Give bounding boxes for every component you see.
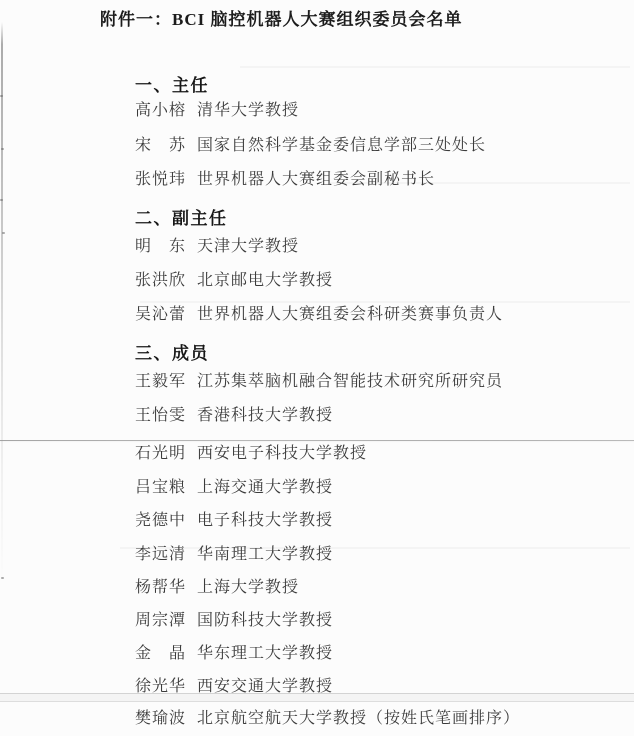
scan-edge-artifact [1, 22, 3, 582]
member-name: 王怡雯 [135, 406, 187, 426]
member-row: 吕宝粮 上海交通大学教授 [135, 478, 333, 498]
scan-speck [2, 232, 5, 234]
member-row: 吴沁蕾 世界机器人大赛组委会科研类赛事负责人 [135, 305, 503, 325]
member-row: 尧德中 电子科技大学教授 [135, 511, 333, 531]
member-name: 樊瑜波 [135, 709, 187, 729]
member-name: 杨帮华 [135, 578, 187, 598]
member-title: 北京航空航天大学教授（按姓氏笔画排序） [197, 709, 520, 729]
member-title: 华东理工大学教授 [197, 644, 333, 664]
member-name: 王毅军 [135, 372, 187, 392]
member-row: 周宗潭 国防科技大学教授 [135, 611, 333, 631]
member-title: 国家自然科学基金委信息学部三处处长 [197, 136, 486, 156]
member-title: 上海大学教授 [197, 578, 299, 598]
member-title: 国防科技大学教授 [197, 611, 333, 631]
scan-streak [120, 547, 630, 549]
scan-line-artifact [0, 440, 634, 441]
member-row: 王毅军 江苏集萃脑机融合智能技术研究所研究员 [135, 372, 503, 392]
section-heading-deputy-director: 二、副主任 [135, 204, 228, 229]
member-row: 明 东 天津大学教授 [135, 237, 299, 257]
scan-streak [240, 66, 630, 68]
member-row: 宋 苏 国家自然科学基金委信息学部三处处长 [135, 136, 486, 156]
scan-streak [140, 301, 630, 303]
member-title: 西安电子科技大学教授 [197, 444, 367, 464]
member-name: 宋 苏 [135, 136, 187, 156]
scan-streak [330, 182, 630, 184]
member-name: 高小榕 [135, 101, 187, 121]
section-heading-members: 三、成员 [135, 339, 209, 364]
scan-speck [0, 199, 3, 201]
member-title: 清华大学教授 [197, 101, 299, 121]
member-row: 金 晶 华东理工大学教授 [135, 644, 333, 664]
member-name: 明 东 [135, 237, 187, 257]
member-row: 王怡雯 香港科技大学教授 [135, 406, 333, 426]
document-title: 附件一：BCI 脑控机器人大赛组织委员会名单 [100, 5, 462, 30]
scan-band-artifact [0, 693, 634, 702]
member-name: 金 晶 [135, 644, 187, 664]
member-name: 石光明 [135, 444, 187, 464]
member-title: 电子科技大学教授 [197, 511, 333, 531]
member-name: 吴沁蕾 [135, 305, 187, 325]
member-title: 北京邮电大学教授 [197, 271, 333, 291]
member-title: 江苏集萃脑机融合智能技术研究所研究员 [197, 372, 503, 392]
member-row: 张洪欣 北京邮电大学教授 [135, 271, 333, 291]
member-row: 张悦玮 世界机器人大赛组委会副秘书长 [135, 170, 435, 190]
section-heading-director: 一、主任 [135, 71, 209, 96]
member-row: 高小榕 清华大学教授 [135, 101, 299, 121]
member-name: 尧德中 [135, 511, 187, 531]
scanned-document-page: 附件一：BCI 脑控机器人大赛组织委员会名单 一、主任 高小榕 清华大学教授 宋… [0, 0, 634, 736]
member-title: 上海交通大学教授 [197, 478, 333, 498]
member-title: 香港科技大学教授 [197, 406, 333, 426]
member-title: 天津大学教授 [197, 237, 299, 257]
member-name: 周宗潭 [135, 611, 187, 631]
member-name: 吕宝粮 [135, 478, 187, 498]
scan-speck [1, 577, 4, 579]
member-title: 世界机器人大赛组委会科研类赛事负责人 [197, 305, 503, 325]
member-name: 张洪欣 [135, 271, 187, 291]
scan-speck [0, 95, 3, 97]
member-row: 樊瑜波 北京航空航天大学教授（按姓氏笔画排序） [135, 709, 520, 729]
member-name: 张悦玮 [135, 170, 187, 190]
member-title: 世界机器人大赛组委会副秘书长 [197, 170, 435, 190]
member-row: 石光明 西安电子科技大学教授 [135, 444, 367, 464]
member-row: 杨帮华 上海大学教授 [135, 578, 299, 598]
scan-speck [1, 148, 4, 150]
